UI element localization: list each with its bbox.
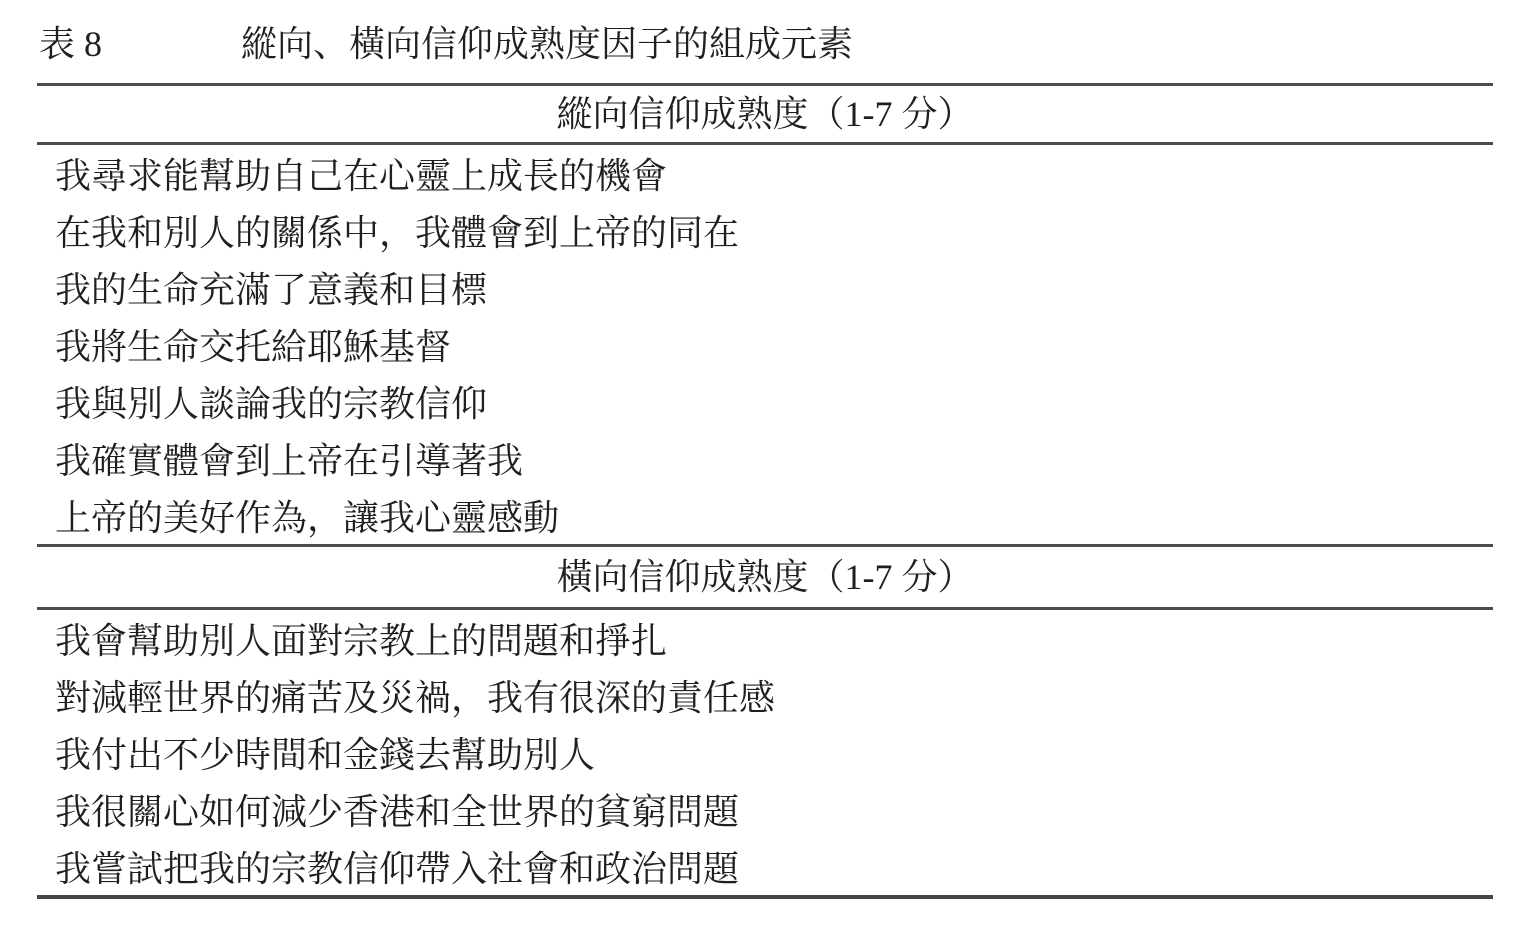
- table-title: 縱向、橫向信仰成熟度因子的組成元素: [241, 24, 853, 64]
- table-number: 表 8: [39, 24, 241, 64]
- document-page: 表 8縱向、橫向信仰成熟度因子的組成元素 縱向信仰成熟度（1-7 分） 我尋求能…: [0, 0, 1535, 935]
- item-text: 我尋求能幫助自己在心靈上成長的機會: [55, 148, 667, 199]
- item-text: 我會幫助別人面對宗教上的問題和掙扎: [55, 613, 667, 664]
- table: 縱向信仰成熟度（1-7 分） 我尋求能幫助自己在心靈上成長的機會 在我和別人的關…: [37, 83, 1493, 899]
- table-row: 我尋求能幫助自己在心靈上成長的機會: [37, 145, 1493, 202]
- table-row: 我確實體會到上帝在引導著我: [37, 430, 1493, 487]
- item-text: 我將生命交托給耶穌基督: [55, 319, 451, 370]
- section-header-horizontal-faith: 橫向信仰成熟度（1-7 分）: [37, 547, 1493, 607]
- item-text: 我付出不少時間和金錢去幫助別人: [55, 727, 595, 778]
- section-vertical-faith-items: 我尋求能幫助自己在心靈上成長的機會 在我和別人的關係中，我體會到上帝的同在 我的…: [37, 145, 1493, 544]
- item-text: 上帝的美好作為，讓我心靈感動: [55, 490, 559, 541]
- table-row: 我的生命充滿了意義和目標: [37, 259, 1493, 316]
- section-header-vertical-faith: 縱向信仰成熟度（1-7 分）: [37, 86, 1493, 142]
- table-row: 我很關心如何減少香港和全世界的貧窮問題: [37, 781, 1493, 838]
- table-row: 我付出不少時間和金錢去幫助別人: [37, 724, 1493, 781]
- table-row: 我將生命交托給耶穌基督: [37, 316, 1493, 373]
- item-text: 在我和別人的關係中，我體會到上帝的同在: [55, 205, 739, 256]
- item-text: 我確實體會到上帝在引導著我: [55, 433, 523, 484]
- section-horizontal-faith-items: 我會幫助別人面對宗教上的問題和掙扎 對減輕世界的痛苦及災禍，我有很深的責任感 我…: [37, 610, 1493, 895]
- table-row: 我與別人談論我的宗教信仰: [37, 373, 1493, 430]
- table-caption: 表 8縱向、橫向信仰成熟度因子的組成元素: [0, 0, 1535, 83]
- table-row: 我會幫助別人面對宗教上的問題和掙扎: [37, 610, 1493, 667]
- table-row: 我嘗試把我的宗教信仰帶入社會和政治問題: [37, 838, 1493, 895]
- item-text: 我很關心如何減少香港和全世界的貧窮問題: [55, 784, 739, 835]
- table-row: 對減輕世界的痛苦及災禍，我有很深的責任感: [37, 667, 1493, 724]
- item-text: 我的生命充滿了意義和目標: [55, 262, 487, 313]
- item-text: 我與別人談論我的宗教信仰: [55, 376, 487, 427]
- table-row: 上帝的美好作為，讓我心靈感動: [37, 487, 1493, 544]
- item-text: 對減輕世界的痛苦及災禍，我有很深的責任感: [55, 670, 775, 721]
- table-row: 在我和別人的關係中，我體會到上帝的同在: [37, 202, 1493, 259]
- table-rule-bottom: [37, 895, 1493, 899]
- item-text: 我嘗試把我的宗教信仰帶入社會和政治問題: [55, 841, 739, 892]
